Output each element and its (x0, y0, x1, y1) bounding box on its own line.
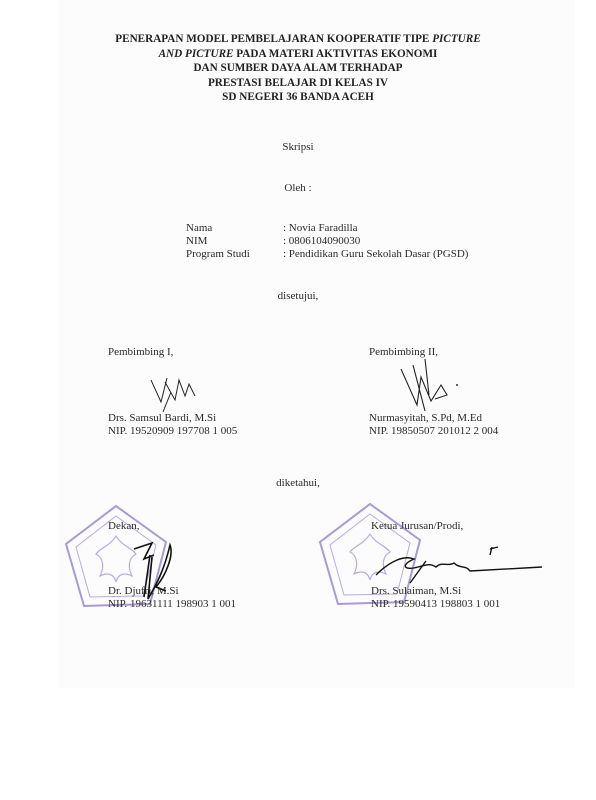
dean-nip: NIP. 19631111 198903 1 001 (108, 598, 236, 611)
advisor2-signature (395, 355, 465, 415)
title-line: AND PICTURE PADA MATERI AKTIVITAS EKONOM… (0, 47, 596, 62)
advisor2-name: Nurmasyitah, S.Pd, M.Ed (369, 412, 482, 425)
title-line: PENERAPAN MODEL PEMBELAJARAN KOOPERATIF … (0, 32, 596, 47)
name-value: : Novia Faradilla (283, 222, 358, 235)
title-line: PRESTASI BELAJAR DI KELAS IV (0, 76, 596, 91)
head-role: Ketua Jurusan/Prodi, (371, 520, 463, 533)
advisor1-nip: NIP. 19520909 197708 1 005 (108, 425, 237, 438)
head-signature (370, 545, 545, 585)
advisor1-signature (145, 372, 205, 414)
dean-role: Dekan, (108, 520, 139, 533)
advisor1-name: Drs. Samsul Bardi, M.Si (108, 412, 216, 425)
dean-name: Dr. Djufri, M.Si (108, 585, 179, 598)
acknowledged-label: diketahui, (0, 477, 596, 489)
advisor2-nip: NIP. 19850507 201012 2 004 (369, 425, 498, 438)
nim-label: NIM (186, 235, 207, 248)
document-type: Skripsi (0, 141, 596, 153)
document-title: PENERAPAN MODEL PEMBELAJARAN KOOPERATIF … (0, 32, 596, 105)
by-label: Oleh : (0, 182, 596, 194)
program-value: : Pendidikan Guru Sekolah Dasar (PGSD) (283, 248, 468, 261)
title-line: DAN SUMBER DAYA ALAM TERHADAP (0, 61, 596, 76)
nim-value: : 0806104090030 (283, 235, 360, 248)
title-line: SD NEGERI 36 BANDA ACEH (0, 90, 596, 105)
head-name: Drs. Sulaiman, M.Si (371, 585, 461, 598)
approved-label: disetujui, (0, 290, 596, 302)
head-nip: NIP. 19590413 198803 1 001 (371, 598, 500, 611)
program-label: Program Studi (186, 248, 250, 261)
advisor1-role: Pembimbing I, (108, 346, 173, 359)
name-label: Nama (186, 222, 212, 235)
